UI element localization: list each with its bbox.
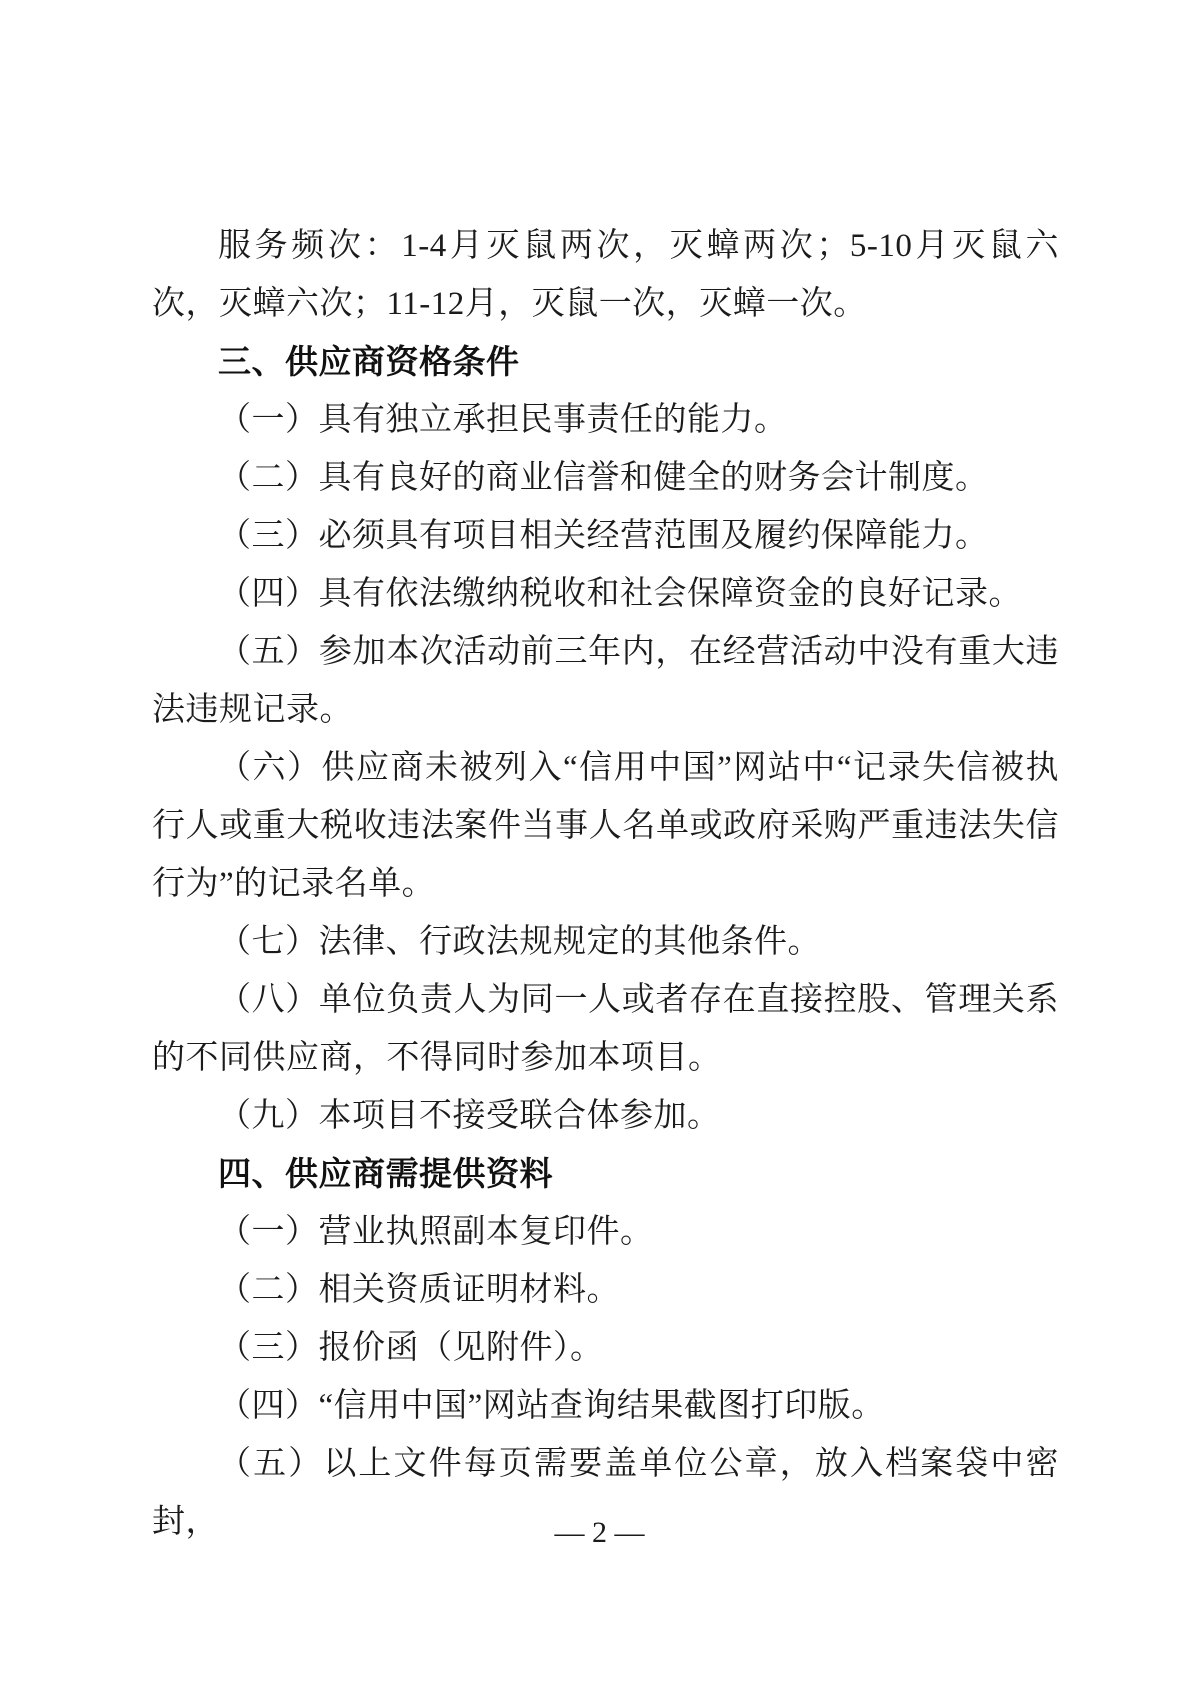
paragraph-doc-item-1: （一）营业执照副本复印件。: [152, 1203, 1059, 1261]
document-page: 服务频次：1-4月灭鼠两次，灭蟑两次；5-10月灭鼠六次，灭蟑六次；11-12月…: [0, 0, 1199, 1696]
paragraph-service-frequency: 服务频次：1-4月灭鼠两次，灭蟑两次；5-10月灭鼠六次，灭蟑六次；11-12月…: [152, 217, 1059, 333]
paragraph-qual-item-2: （二）具有良好的商业信誉和健全的财务会计制度。: [152, 449, 1059, 507]
paragraph-qual-item-7: （七）法律、行政法规规定的其他条件。: [152, 913, 1059, 971]
paragraph-qual-item-9: （九）本项目不接受联合体参加。: [152, 1087, 1059, 1145]
section-heading-3: 三、供应商资格条件: [152, 333, 1059, 391]
paragraph-doc-item-3: （三）报价函（见附件）。: [152, 1319, 1059, 1377]
paragraph-qual-item-4: （四）具有依法缴纳税收和社会保障资金的良好记录。: [152, 565, 1059, 623]
section-heading-4: 四、供应商需提供资料: [152, 1145, 1059, 1203]
paragraph-qual-item-3: （三）必须具有项目相关经营范围及履约保障能力。: [152, 507, 1059, 565]
paragraph-doc-item-4: （四）“信用中国”网站查询结果截图打印版。: [152, 1377, 1059, 1435]
paragraph-qual-item-1: （一）具有独立承担民事责任的能力。: [152, 391, 1059, 449]
page-number: — 2 —: [0, 1510, 1199, 1556]
document-body: 服务频次：1-4月灭鼠两次，灭蟑两次；5-10月灭鼠六次，灭蟑六次；11-12月…: [152, 217, 1059, 1551]
paragraph-doc-item-2: （二）相关资质证明材料。: [152, 1261, 1059, 1319]
paragraph-qual-item-8: （八）单位负责人为同一人或者存在直接控股、管理关系的不同供应商，不得同时参加本项…: [152, 971, 1059, 1087]
paragraph-qual-item-6: （六）供应商未被列入“信用中国”网站中“记录失信被执行人或重大税收违法案件当事人…: [152, 739, 1059, 913]
paragraph-qual-item-5: （五）参加本次活动前三年内，在经营活动中没有重大违法违规记录。: [152, 623, 1059, 739]
